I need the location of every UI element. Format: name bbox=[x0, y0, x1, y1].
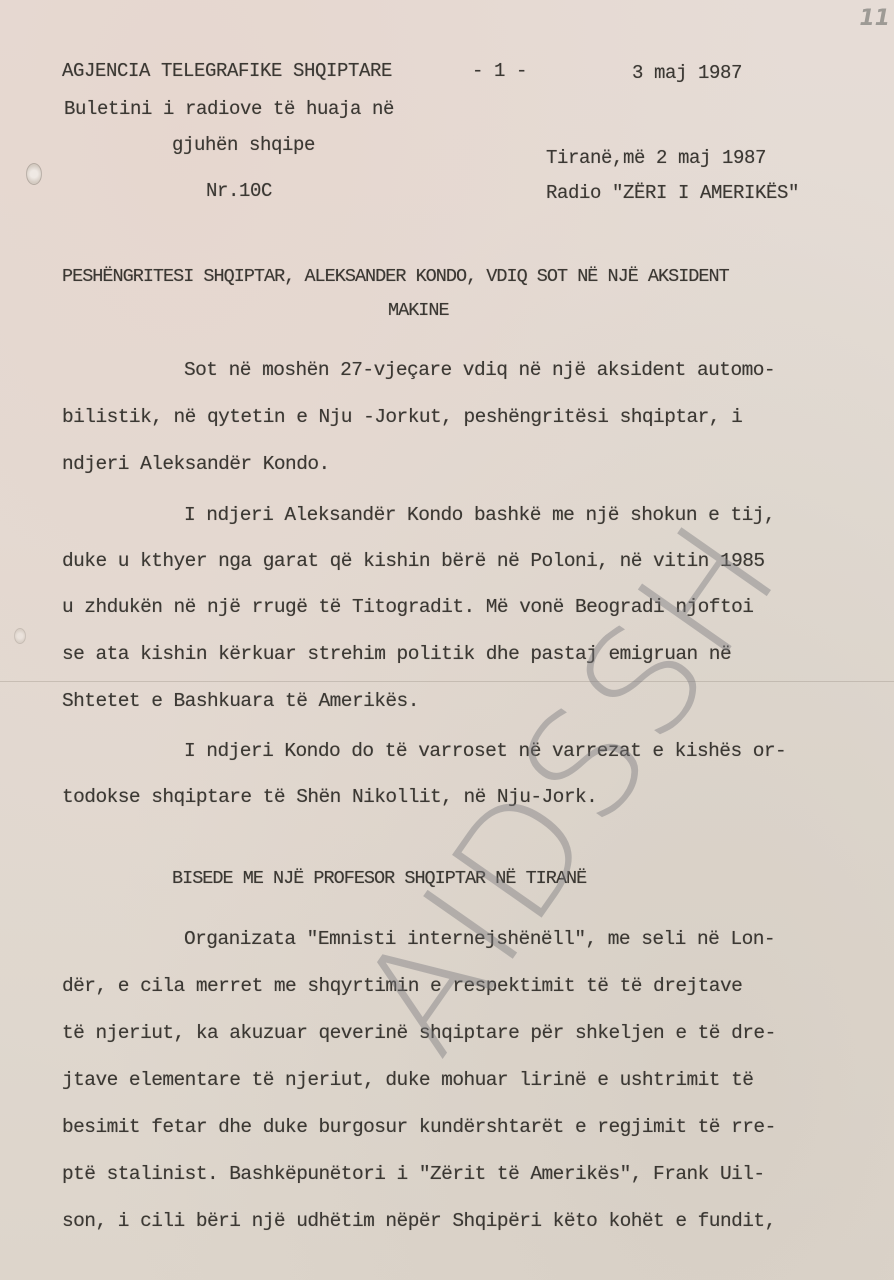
article-paragraph-line: son, i cili bëri një udhëtim nëpër Shqip… bbox=[62, 1210, 776, 1232]
place-and-date: Tiranë,më 2 maj 1987 bbox=[546, 147, 766, 169]
bulletin-title-line2: gjuhën shqipe bbox=[172, 134, 315, 156]
article-paragraph-line: jtave elementare të njeriut, duke mohuar… bbox=[62, 1069, 753, 1091]
article-paragraph-line: Organizata "Emnisti internejshënëll", me… bbox=[184, 928, 775, 950]
article-title: PESHËNGRITESI SHQIPTAR, ALEKSANDER KONDO… bbox=[62, 266, 729, 287]
article-paragraph-line: Shtetet e Bashkuara të Amerikës. bbox=[62, 690, 419, 712]
article-title: MAKINE bbox=[388, 300, 449, 321]
page-number: - 1 - bbox=[472, 60, 527, 82]
punch-hole-icon bbox=[26, 163, 42, 185]
article-paragraph-line: besimit fetar dhe duke burgosur kundërsh… bbox=[62, 1116, 776, 1138]
article-paragraph-line: se ata kishin kërkuar strehim politik dh… bbox=[62, 643, 731, 665]
punch-hole-icon bbox=[14, 628, 26, 644]
article-paragraph-line: dër, e cila merret me shqyrtimin e respe… bbox=[62, 975, 742, 997]
article-paragraph-line: I ndjeri Kondo do të varroset në varreza… bbox=[184, 740, 786, 762]
article-paragraph-line: I ndjeri Aleksandër Kondo bashkë me një … bbox=[184, 504, 775, 526]
paper-fold-line bbox=[0, 681, 894, 682]
article-paragraph-line: ndjeri Aleksandër Kondo. bbox=[62, 453, 330, 475]
page-corner-number: 11 bbox=[859, 6, 890, 31]
article-paragraph-line: ptë stalinist. Bashkëpunëtori i "Zërit t… bbox=[62, 1163, 765, 1185]
article-paragraph-line: Sot në moshën 27-vjeçare vdiq në një aks… bbox=[184, 359, 775, 381]
document-page: 11 AGJENCIA TELEGRAFIKE SHQIPTARE - 1 - … bbox=[0, 0, 894, 1280]
article-title: BISEDE ME NJË PROFESOR SHQIPTAR NË TIRAN… bbox=[172, 868, 586, 889]
bulletin-title-line1: Buletini i radiove të huaja në bbox=[64, 98, 394, 120]
article-paragraph-line: bilistik, në qytetin e Nju -Jorkut, pesh… bbox=[62, 406, 742, 428]
article-paragraph-line: duke u kthyer nga garat që kishin bërë n… bbox=[62, 550, 765, 572]
article-paragraph-line: u zhdukën në një rrugë të Titogradit. Më… bbox=[62, 596, 753, 618]
article-paragraph-line: të njeriut, ka akuzuar qeverinë shqiptar… bbox=[62, 1022, 776, 1044]
bulletin-date: 3 maj 1987 bbox=[632, 62, 742, 84]
agency-name: AGJENCIA TELEGRAFIKE SHQIPTARE bbox=[62, 60, 392, 82]
bulletin-number: Nr.10C bbox=[206, 180, 272, 202]
radio-source: Radio "ZËRI I AMERIKËS" bbox=[546, 182, 799, 204]
article-paragraph-line: todokse shqiptare të Shën Nikollit, në N… bbox=[62, 786, 597, 808]
